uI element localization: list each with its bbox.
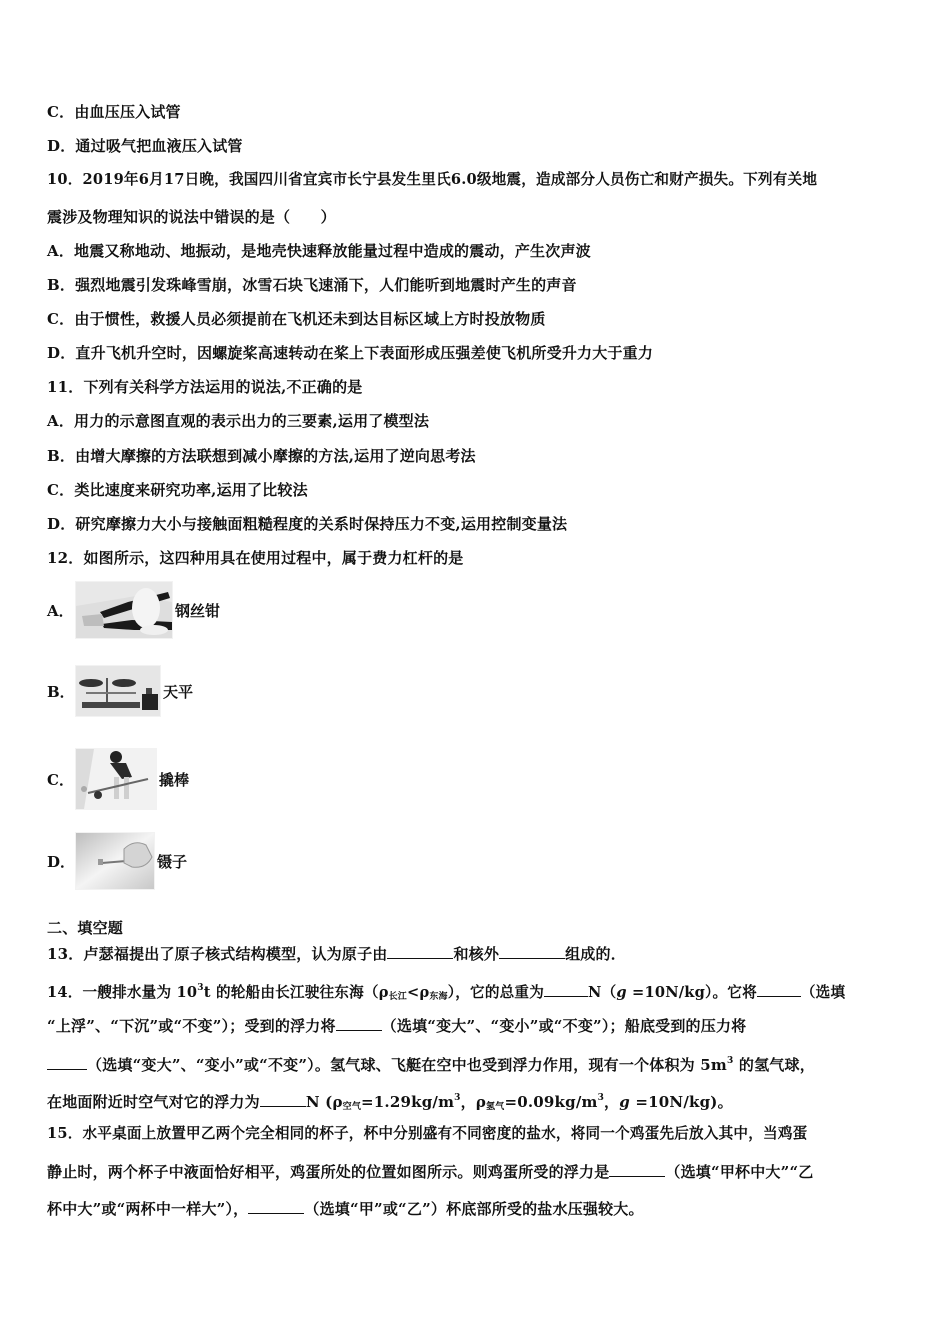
pliers-image <box>75 581 173 639</box>
text: 14．一艘排水量为 10 <box>47 984 197 1001</box>
crowbar-icon <box>76 749 156 809</box>
exam-page: C．由血压压入试管 D．通过吸气把血液压入试管 10．2019年6月17日晚，我… <box>0 0 950 1344</box>
q10-option-a: A．地震又称地动、地振动，是地壳快速释放能量过程中造成的震动，产生次声波 <box>47 241 591 261</box>
tweezers-icon <box>76 833 154 889</box>
answer-blank[interactable] <box>47 1054 87 1070</box>
option-letter: C． <box>47 769 75 790</box>
option-letter: D． <box>47 137 75 155</box>
option-text: 由于惯性，救援人员必须提前在飞机还未到达目标区域上方时投放物质 <box>74 310 545 328</box>
answer-blank[interactable] <box>499 943 565 959</box>
text: “上浮”、“下沉”或“不变”）；受到的浮力将 <box>47 1017 336 1035</box>
option-label: 镊子 <box>157 851 187 872</box>
subscript: 长江 <box>389 992 407 1002</box>
text: （选填 <box>801 984 845 1001</box>
q13-prefix: 13．卢瑟福提出了原子核式结构模型，认为原子由 <box>47 945 387 963</box>
option-letter: C． <box>47 103 74 121</box>
text: N (ρ <box>306 1093 343 1111</box>
q14-line4: 在地面附近时空气对它的浮力为N (ρ空气=1.29kg/m3，ρ氢气=0.09k… <box>47 1088 733 1117</box>
q9-option-c: C．由血压压入试管 <box>47 102 181 122</box>
option-text: 直升飞机升空时，因螺旋桨高速转动在桨上下表面形成压强差使飞机所受升力大于重力 <box>75 344 653 362</box>
variable-g: g <box>616 984 626 1001</box>
text: =10N/kg）。它将 <box>627 984 757 1001</box>
q15-line3: 杯中大”或“两杯中一样大”），（选填“甲”或“乙”）杯底部所受的盐水压强较大。 <box>47 1198 644 1219</box>
text: ），它的总重为 <box>448 984 544 1001</box>
option-text: 用力的示意图直观的表示出力的三要素,运用了模型法 <box>74 412 429 430</box>
q11-option-d: D．研究摩擦力大小与接触面粗糙程度的关系时保持压力不变,运用控制变量法 <box>47 514 567 534</box>
option-letter: A． <box>47 412 74 430</box>
q10-stem-line2: 震涉及物理知识的说法中错误的是（ ） <box>47 207 336 227</box>
q11-stem: 11．下列有关科学方法运用的说法,不正确的是 <box>47 377 363 397</box>
text: （选填“变大”、“变小”或“不变”）。氢气球、飞艇在空中也受到浮力作用，现有一个… <box>87 1056 727 1074</box>
q11-option-a: A．用力的示意图直观的表示出力的三要素,运用了模型法 <box>47 411 429 431</box>
option-text: 由血压压入试管 <box>74 103 180 121</box>
text: 静止时，两个杯子中液面恰好相平，鸡蛋所处的位置如图所示。则鸡蛋所受的浮力是 <box>47 1163 609 1181</box>
option-label: 天平 <box>163 681 193 702</box>
q12-option-c: C． 撬棒 <box>47 748 189 810</box>
q11-option-c: C．类比速度来研究功率,运用了比较法 <box>47 480 308 500</box>
answer-blank[interactable] <box>387 943 453 959</box>
option-letter: A． <box>47 600 75 621</box>
option-letter: C． <box>47 310 74 328</box>
text: N（ <box>588 984 616 1001</box>
q10-option-d: D．直升飞机升空时，因螺旋桨高速转动在桨上下表面形成压强差使飞机所受升力大于重力 <box>47 343 653 363</box>
answer-blank[interactable] <box>757 981 801 997</box>
option-letter: D． <box>47 344 75 362</box>
text: =10N/kg)。 <box>630 1093 733 1111</box>
answer-blank[interactable] <box>544 981 588 997</box>
q10-option-b: B．强烈地震引发珠峰雪崩，冰雪石块飞速涌下，人们能听到地震时产生的声音 <box>47 275 577 295</box>
q13-suffix: 组成的． <box>565 945 626 963</box>
option-text: 强烈地震引发珠峰雪崩，冰雪石块飞速涌下，人们能听到地震时产生的声音 <box>75 276 577 294</box>
q15-line2: 静止时，两个杯子中液面恰好相平，鸡蛋所处的位置如图所示。则鸡蛋所受的浮力是（选填… <box>47 1161 814 1182</box>
option-text: 通过吸气把血液压入试管 <box>75 137 242 155</box>
balance-icon <box>76 666 160 716</box>
text: （选填“甲杯中大”“乙 <box>665 1163 813 1181</box>
option-letter: A． <box>47 242 74 260</box>
answer-blank[interactable] <box>248 1198 304 1214</box>
answer-blank[interactable] <box>609 1161 665 1177</box>
text: ，ρ <box>461 1093 486 1111</box>
section-title: 二、填空题 <box>47 918 123 938</box>
option-text: 地震又称地动、地振动，是地壳快速释放能量过程中造成的震动，产生次声波 <box>74 242 591 260</box>
q13-middle: 和核外 <box>453 945 499 963</box>
option-label: 钢丝钳 <box>175 600 220 621</box>
text: 杯中大”或“两杯中一样大”）， <box>47 1200 248 1218</box>
text: 的氢气球， <box>733 1056 814 1074</box>
q12-option-b: B． 天平 <box>47 665 193 717</box>
text: ， <box>604 1093 619 1111</box>
q12-stem: 12．如图所示，这四种用具在使用过程中，属于费力杠杆的是 <box>47 548 463 568</box>
option-letter: D． <box>47 851 75 872</box>
text: <ρ <box>407 984 429 1001</box>
q9-option-d: D．通过吸气把血液压入试管 <box>47 136 243 156</box>
q12-option-a: A． 钢丝钳 <box>47 581 220 639</box>
text: =1.29kg/m <box>361 1093 454 1111</box>
text: t 的轮船由长江驶往东海（ρ <box>204 984 389 1001</box>
q14-line1: 14．一艘排水量为 103t 的轮船由长江驶往东海（ρ长江<ρ东海），它的总重为… <box>47 978 845 1007</box>
text: （选填“甲”或“乙”）杯底部所受的盐水压强较大。 <box>304 1200 643 1218</box>
q11-option-b: B．由增大摩擦的方法联想到减小摩擦的方法,运用了逆向思考法 <box>47 446 476 466</box>
option-text: 类比速度来研究功率,运用了比较法 <box>74 481 307 499</box>
q14-line3: （选填“变大”、“变小”或“不变”）。氢气球、飞艇在空中也受到浮力作用，现有一个… <box>47 1051 815 1075</box>
text: =0.09kg/m <box>504 1093 597 1111</box>
subscript: 空气 <box>343 1102 361 1112</box>
variable-g: g <box>619 1093 630 1111</box>
tweezers-image <box>75 832 155 890</box>
text: 在地面附近时空气对它的浮力为 <box>47 1093 260 1111</box>
text: （选填“变大”、“变小”或“不变”）；船底受到的压力将 <box>382 1017 747 1035</box>
q12-option-d: D． 镊子 <box>47 832 187 890</box>
option-letter: B． <box>47 276 75 294</box>
pliers-icon <box>76 582 172 638</box>
q14-line2: “上浮”、“下沉”或“不变”）；受到的浮力将（选填“变大”、“变小”或“不变”）… <box>47 1015 746 1036</box>
answer-blank[interactable] <box>260 1091 306 1107</box>
option-text: 由增大摩擦的方法联想到减小摩擦的方法,运用了逆向思考法 <box>75 447 476 465</box>
balance-image <box>75 665 161 717</box>
option-text: 研究摩擦力大小与接触面粗糙程度的关系时保持压力不变,运用控制变量法 <box>75 515 567 533</box>
q15-line1: 15．水平桌面上放置甲乙两个完全相同的杯子，杯中分别盛有不同密度的盐水，将同一个… <box>47 1124 807 1144</box>
q10-option-c: C．由于惯性，救援人员必须提前在飞机还未到达目标区域上方时投放物质 <box>47 309 546 329</box>
q13: 13．卢瑟福提出了原子核式结构模型，认为原子由和核外组成的． <box>47 943 626 964</box>
subscript: 氢气 <box>486 1102 504 1112</box>
q10-stem-line1: 10．2019年6月17日晚，我国四川省宜宾市长宁县发生里氏6.0级地震，造成部… <box>47 170 817 190</box>
option-letter: D． <box>47 515 75 533</box>
option-letter: B． <box>47 447 75 465</box>
option-letter: B． <box>47 681 75 702</box>
option-label: 撬棒 <box>159 769 189 790</box>
subscript: 东海 <box>429 992 447 1002</box>
answer-blank[interactable] <box>336 1015 382 1031</box>
option-letter: C． <box>47 481 74 499</box>
crowbar-image <box>75 748 157 810</box>
